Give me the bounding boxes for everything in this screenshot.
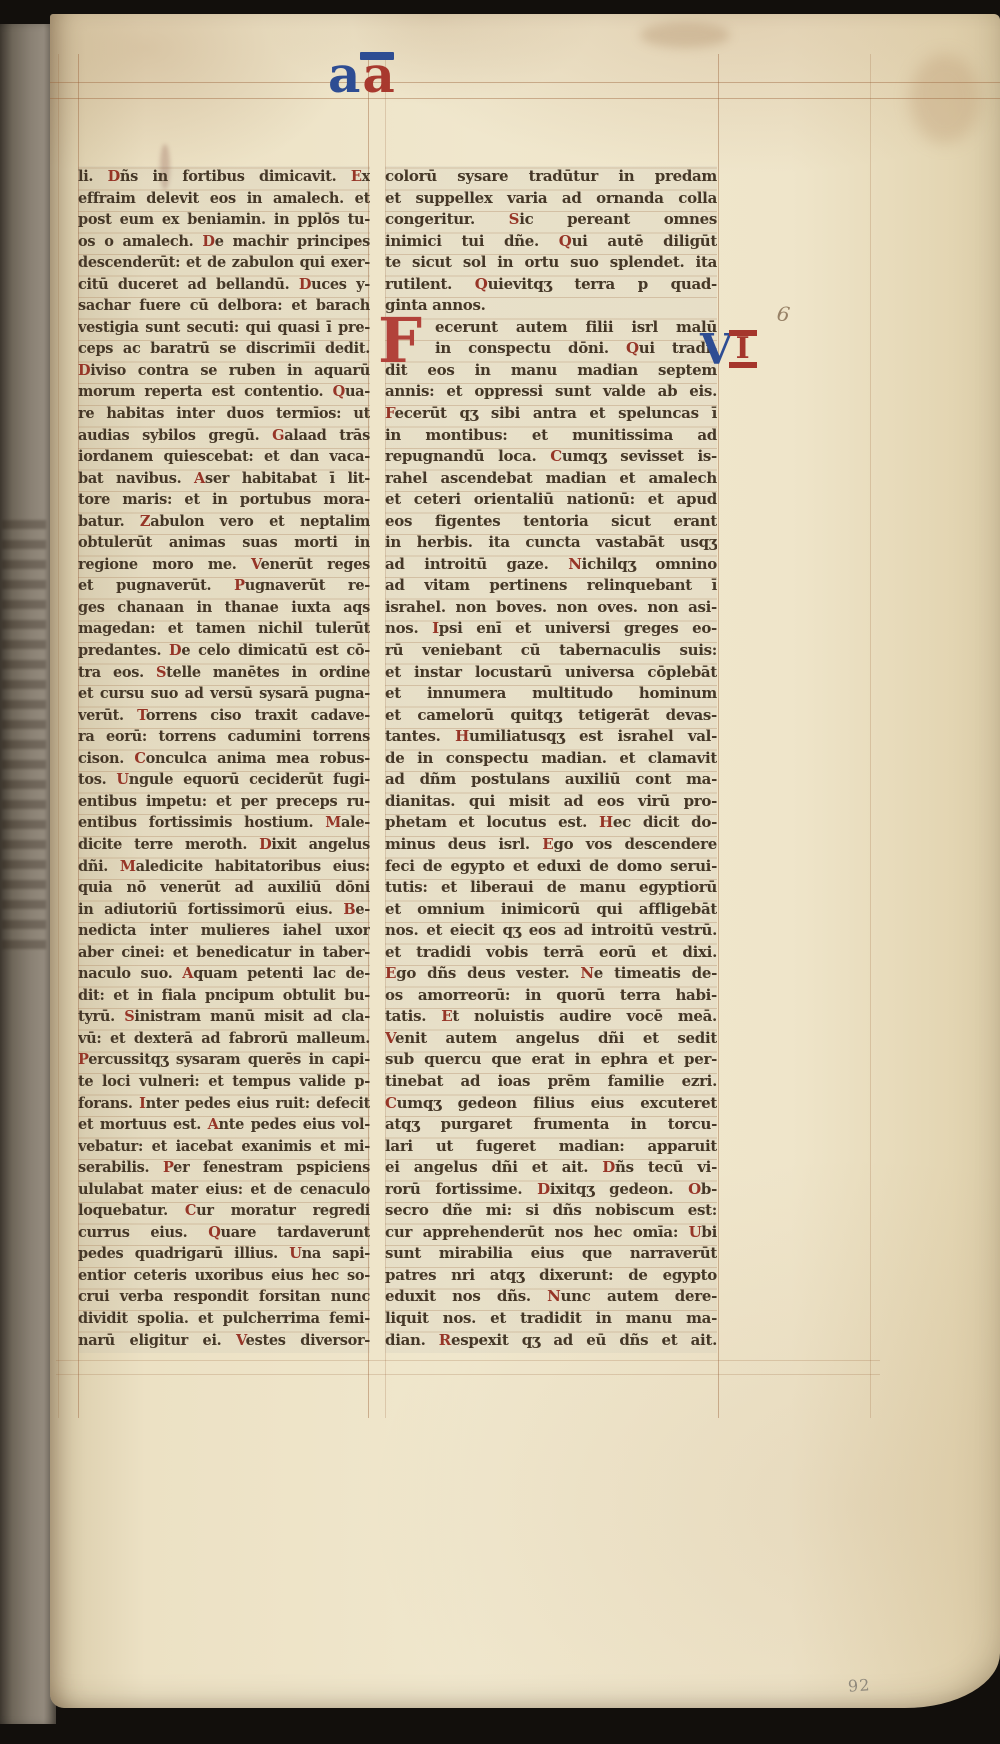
ruling-line <box>50 98 1000 99</box>
running-title-macron <box>360 52 394 60</box>
bleedthrough-text-smudge <box>2 519 46 949</box>
manuscript-line: effraim delevit eos in amalech. et <box>78 188 370 210</box>
manuscript-line: iordanem quiescebat: et dan vaca- <box>78 446 370 468</box>
manuscript-line: entior ceteris uxoribus eius hec so- <box>78 1265 370 1287</box>
manuscript-line: currus eius. Quare tardaverunt <box>78 1222 370 1244</box>
manuscript-line: et omnium inimicorū qui affligebāt <box>385 899 717 921</box>
running-title: a a <box>328 40 395 100</box>
parchment-stain <box>640 22 730 48</box>
running-title-letter-red: a <box>362 50 394 100</box>
ruling-line <box>870 54 871 1418</box>
parchment-stain <box>910 54 980 144</box>
manuscript-line: minus deus isrl. Ego vos descendere <box>385 834 717 856</box>
manuscript-line: aber cinei: et benedicatur in taber- <box>78 942 370 964</box>
manuscript-line: rū veniebant cū tabernaculis suis: <box>385 640 717 662</box>
chapter-initial-F: F <box>371 315 429 359</box>
manuscript-line: te loci vulneri: et tempus valide p- <box>78 1071 370 1093</box>
manuscript-line: re habitas inter duos termīos: ut <box>78 403 370 425</box>
manuscript-line: israhel. non boves. non oves. non asi- <box>385 597 717 619</box>
chapter-numeral-i: I <box>729 330 757 368</box>
margin-chapter-note: 6 <box>775 301 791 327</box>
folio-number-pencil: 92 <box>847 1675 871 1696</box>
manuscript-line: ceps ac baratrū se discrimīi dedit. <box>78 338 370 360</box>
manuscript-line: audias sybilos gregū. Galaad trās <box>78 425 370 447</box>
manuscript-line: Diviso contra se ruben in aquarū <box>78 360 370 382</box>
manuscript-line: nos. Ipsi enī et universi greges eo- <box>385 618 717 640</box>
manuscript-line: ra eorū: torrens cadumini torrens <box>78 726 370 748</box>
manuscript-line: et ceteri orientaliū nationū: et apud <box>385 489 717 511</box>
manuscript-line: inimici tui dñe. Qui autē diligūt <box>385 231 717 253</box>
manuscript-line: os amorreorū: in quorū terra habi- <box>385 985 717 1007</box>
ruling-line <box>50 82 1000 83</box>
manuscript-line: citū duceret ad bellandū. Duces y- <box>78 274 370 296</box>
manuscript-line: in montibus: et munitissima ad <box>385 425 717 447</box>
ruling-line <box>56 1360 880 1361</box>
manuscript-line: atqʒ purgaret frumenta in torcu- <box>385 1114 717 1136</box>
manuscript-line: lari ut fugeret madian: apparuit <box>385 1136 717 1158</box>
manuscript-line: te sicut sol in ortu suo splendet. ita <box>385 252 717 274</box>
text-column-right: colorū sysare tradūtur in predamet suppe… <box>385 166 717 1353</box>
manuscript-line: dianitas. qui misit ad eos virū pro- <box>385 791 717 813</box>
manuscript-line: ei angelus dñi et ait. Dñs tecū vi- <box>385 1157 717 1179</box>
ruling-line <box>58 54 59 1418</box>
manuscript-line: serabilis. Per fenestram pspiciens <box>78 1157 370 1179</box>
manuscript-line: repugnandū loca. Cumqʒ sevisset is- <box>385 446 717 468</box>
manuscript-line: quia nō venerūt ad auxiliū dōni <box>78 877 370 899</box>
manuscript-line: pedes quadrigarū illius. Una sapi- <box>78 1243 370 1265</box>
manuscript-line: tutis: et liberaui de manu egyptiorū <box>385 877 717 899</box>
manuscript-line: li. Dñs in fortibus dimicavit. Ex <box>78 166 370 188</box>
manuscript-line: dit eos in manu madian septem <box>385 360 717 382</box>
manuscript-line: ad dñm postulans auxiliū cont ma- <box>385 769 717 791</box>
manuscript-line: tyrū. Sinistram manū misit ad cla- <box>78 1006 370 1028</box>
manuscript-line: Fecerūt qʒ sibi antra et speluncas ī <box>385 403 717 425</box>
manuscript-line: descenderūt: et de zabulon qui exer- <box>78 252 370 274</box>
manuscript-line: tra eos. Stelle manētes in ordine <box>78 662 370 684</box>
manuscript-line: Venit autem angelus dñi et sedit <box>385 1028 717 1050</box>
manuscript-line: colorū sysare tradūtur in predam <box>385 166 717 188</box>
manuscript-line: Ego dñs deus vester. Ne timeatis de- <box>385 963 717 985</box>
chapter-numeral: V I <box>700 330 757 370</box>
manuscript-line: liquit nos. et tradidit in manu ma- <box>385 1308 717 1330</box>
manuscript-line: et tradidi vobis terrā eorū et dixi. <box>385 942 717 964</box>
manuscript-line: ad introitū gaze. Nichilqʒ omnino <box>385 554 717 576</box>
ruling-line <box>718 54 719 1418</box>
manuscript-line: loquebatur. Cur moratur regredi <box>78 1200 370 1222</box>
manuscript-line: in herbis. ita cuncta vastabāt usqʒ <box>385 532 717 554</box>
ruling-line <box>56 1374 880 1375</box>
manuscript-line: annis: et oppressi sunt valde ab eis. <box>385 381 717 403</box>
chapter6-text: ecerunt autem filii isrl malūin conspect… <box>385 317 717 1351</box>
manuscript-line: Cumqʒ gedeon filius eius excuteret <box>385 1093 717 1115</box>
manuscript-line: eduxit nos dñs. Nunc autem dere- <box>385 1286 717 1308</box>
manuscript-line: ginta annos. <box>385 295 717 317</box>
manuscript-line: sachar fuere cū delbora: et barach <box>78 295 370 317</box>
manuscript-line: tatis. Et noluistis audire vocē meā. <box>385 1006 717 1028</box>
manuscript-line: et instar locustarū universa cōplebāt <box>385 662 717 684</box>
text-column-left: li. Dñs in fortibus dimicavit. Exeffraim… <box>78 166 370 1353</box>
manuscript-line: et mortuus est. Ante pedes eius vol- <box>78 1114 370 1136</box>
manuscript-line: cur apprehenderūt nos hec omīa: Ubi <box>385 1222 717 1244</box>
manuscript-line: rahel ascendebat madian et amalech <box>385 468 717 490</box>
manuscript-line: narū eligitur ei. Vestes diversor- <box>78 1330 370 1352</box>
chapter6-block: F ecerunt autem filii isrl malūin conspe… <box>385 317 717 1351</box>
manuscript-line: sunt mirabilia eius que narraverūt <box>385 1243 717 1265</box>
manuscript-line: et pugnaverūt. Pugnaverūt re- <box>78 575 370 597</box>
manuscript-line: bat navibus. Aser habitabat ī lit- <box>78 468 370 490</box>
manuscript-line: obtulerūt animas suas morti in <box>78 532 370 554</box>
manuscript-line: dividit spolia. et pulcherrima femi- <box>78 1308 370 1330</box>
manuscript-line: naculo suo. Aquam petenti lac de- <box>78 963 370 985</box>
manuscript-line: nedicta inter mulieres iahel uxor <box>78 920 370 942</box>
manuscript-photo: a a li. Dñs in fortibus dimicavit. Exeff… <box>0 0 1000 1744</box>
manuscript-line: et cursu suo ad versū sysarā pugna- <box>78 683 370 705</box>
manuscript-line: vū: et dexterā ad fabrorū malleum. <box>78 1028 370 1050</box>
manuscript-line: os o amalech. De machir principes <box>78 231 370 253</box>
manuscript-line: post eum ex beniamin. in pplōs tu- <box>78 209 370 231</box>
manuscript-line: verūt. Torrens ciso traxit cadave- <box>78 705 370 727</box>
manuscript-line: forans. Inter pedes eius ruit: defecit <box>78 1093 370 1115</box>
manuscript-line: secro dñe mi: si dñs nobiscum est: <box>385 1200 717 1222</box>
manuscript-line: ges chanaan in thanae iuxta aqs <box>78 597 370 619</box>
manuscript-line: regione moro me. Venerūt reges <box>78 554 370 576</box>
manuscript-line: et suppellex varia ad ornanda colla <box>385 188 717 210</box>
manuscript-line: predantes. De celo dimicatū est cō- <box>78 640 370 662</box>
manuscript-line: et camelorū quitqʒ tetigerāt devas- <box>385 705 717 727</box>
manuscript-line: feci de egypto et eduxi de domo serui- <box>385 856 717 878</box>
manuscript-line: entibus fortissimis hostium. Male- <box>78 812 370 834</box>
paragraph-end-judges5: colorū sysare tradūtur in predamet suppe… <box>385 166 717 317</box>
manuscript-line: batur. Zabulon vero et neptalim <box>78 511 370 533</box>
manuscript-line: tantes. Humiliatusqʒ est israhel val- <box>385 726 717 748</box>
manuscript-line: in adiutoriū fortissimorū eius. Be- <box>78 899 370 921</box>
running-title-letter-blue: a <box>328 50 360 100</box>
manuscript-line: ad vitam pertinens relinquebant ī <box>385 575 717 597</box>
manuscript-line: entibus impetu: et per preceps ru- <box>78 791 370 813</box>
manuscript-line: dicite terre meroth. Dixit angelus <box>78 834 370 856</box>
manuscript-line: ecerunt autem filii isrl malū <box>435 317 717 339</box>
manuscript-line: in conspectu dōni. Qui tradi- <box>435 338 717 360</box>
manuscript-page: a a li. Dñs in fortibus dimicavit. Exeff… <box>50 14 1000 1708</box>
manuscript-line: et innumera multitudo hominum <box>385 683 717 705</box>
manuscript-line: morum reperta est contentio. Qua- <box>78 381 370 403</box>
manuscript-line: tinebat ad ioas prēm familie ezri. <box>385 1071 717 1093</box>
manuscript-line: de in conspectu madian. et clamavit <box>385 748 717 770</box>
manuscript-line: tos. Ungule equorū ceciderūt fugi- <box>78 769 370 791</box>
manuscript-line: vestigia sunt secuti: qui quasi ī pre- <box>78 317 370 339</box>
manuscript-line: rorū fortissime. Dixitqʒ gedeon. Ob- <box>385 1179 717 1201</box>
manuscript-line: sub quercu que erat in ephra et per- <box>385 1049 717 1071</box>
manuscript-line: dian. Respexit qʒ ad eū dñs et ait. <box>385 1330 717 1352</box>
manuscript-line: vebatur: et iacebat exanimis et mi- <box>78 1136 370 1158</box>
manuscript-line: magedan: et tamen nichil tulerūt <box>78 618 370 640</box>
manuscript-line: tore maris: et in portubus mora- <box>78 489 370 511</box>
manuscript-line: eos figentes tentoria sicut erant <box>385 511 717 533</box>
manuscript-line: crui verba respondit forsitan nunc <box>78 1286 370 1308</box>
manuscript-line: phetam et locutus est. Hec dicit do- <box>385 812 717 834</box>
manuscript-line: Percussitqʒ sysaram querēs in capi- <box>78 1049 370 1071</box>
manuscript-line: nos. et eiecit qʒ eos ad introitū vestrū… <box>385 920 717 942</box>
manuscript-line: dit: et in fiala pncipum obtulit bu- <box>78 985 370 1007</box>
manuscript-line: cison. Conculca anima mea robus- <box>78 748 370 770</box>
manuscript-line: ululabat mater eius: et de cenaculo <box>78 1179 370 1201</box>
previous-page-edge <box>0 24 56 1724</box>
manuscript-line: dñi. Maledicite habitatoribus eius: <box>78 856 370 878</box>
manuscript-line: patres nri atqʒ dixerunt: de egypto <box>385 1265 717 1287</box>
manuscript-line: rutilent. Quievitqʒ terra p quad- <box>385 274 717 296</box>
manuscript-line: congeritur. Sic pereant omnes <box>385 209 717 231</box>
